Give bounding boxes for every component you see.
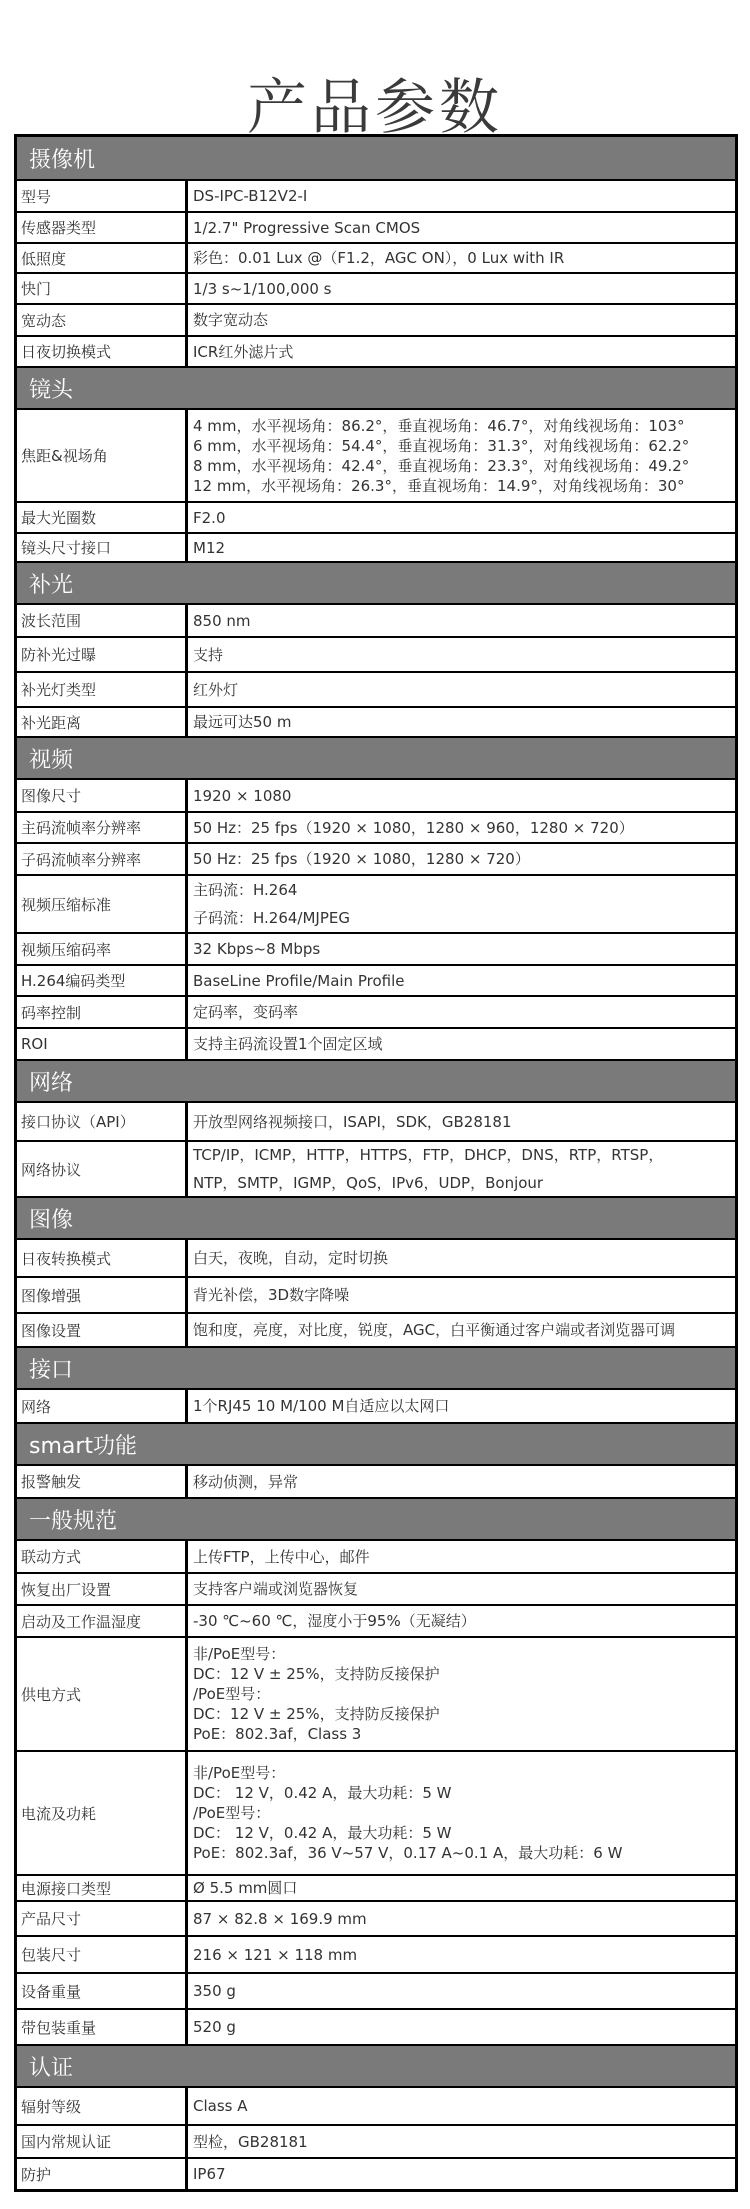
value-line: 红外灯	[193, 680, 735, 700]
table-row: 设备重量350 g	[17, 1972, 735, 2008]
table-row: 联动方式上传FTP，上传中心，邮件	[17, 1539, 735, 1572]
row-value: 饱和度，亮度，对比度，锐度，AGC，白平衡通过客户端或者浏览器可调	[188, 1314, 735, 1346]
value-line: 1个RJ45 10 M/100 M自适应以太网口	[193, 1396, 735, 1416]
row-value: 型检，GB28181	[188, 2126, 735, 2157]
value-line: 1920 × 1080	[193, 786, 735, 806]
value-line: 6 mm，水平视场角：54.4°，垂直视场角：31.3°，对角线视场角：62.2…	[193, 436, 735, 456]
row-value: TCP/IP，ICMP，HTTP，HTTPS，FTP，DHCP，DNS，RTP，…	[188, 1142, 735, 1196]
row-label: 最大光圈数	[17, 503, 188, 532]
table-row: 补光距离最远可达50 m	[17, 706, 735, 736]
table-row: H.264编码类型BaseLine Profile/Main Profile	[17, 964, 735, 995]
row-value: 1个RJ45 10 M/100 M自适应以太网口	[188, 1390, 735, 1422]
row-label: 视频压缩标准	[17, 876, 188, 932]
row-value: 非/PoE型号：DC： 12 V，0.42 A，最大功耗：5 W/PoE型号：D…	[188, 1752, 735, 1874]
table-row: 焦距&视场角4 mm，水平视场角：86.2°，垂直视场角：46.7°，对角线视场…	[17, 408, 735, 501]
table-row: 快门1/3 s~1/100,000 s	[17, 272, 735, 303]
table-row: 镜头尺寸接口M12	[17, 532, 735, 561]
row-value: 数字宽动态	[188, 305, 735, 335]
table-row: 图像尺寸1920 × 1080	[17, 778, 735, 811]
row-label: 宽动态	[17, 305, 188, 335]
row-value: 520 g	[188, 2010, 735, 2044]
row-label: 供电方式	[17, 1638, 188, 1750]
value-line: 背光补偿，3D数字降噪	[193, 1285, 735, 1305]
row-value: BaseLine Profile/Main Profile	[188, 966, 735, 995]
table-row: 图像设置饱和度，亮度，对比度，锐度，AGC，白平衡通过客户端或者浏览器可调	[17, 1312, 735, 1346]
row-label: 恢复出厂设置	[17, 1574, 188, 1604]
row-label: ROI	[17, 1029, 188, 1059]
table-row: 宽动态数字宽动态	[17, 303, 735, 335]
row-value: 主码流：H.264子码流：H.264/MJPEG	[188, 876, 735, 932]
spec-table: 摄像机型号DS-IPC-B12V2-I传感器类型1/2.7" Progressi…	[14, 134, 738, 2192]
value-line: 50 Hz：25 fps（1920 × 1080，1280 × 960，1280…	[193, 818, 735, 838]
row-value: 移动侦测，异常	[188, 1466, 735, 1497]
row-value: 850 nm	[188, 605, 735, 636]
value-line: 50 Hz：25 fps（1920 × 1080，1280 × 720）	[193, 849, 735, 869]
row-label: 图像设置	[17, 1314, 188, 1346]
section-header: 接口	[17, 1346, 735, 1388]
row-value: 定码率，变码率	[188, 997, 735, 1027]
row-value: 支持	[188, 638, 735, 671]
row-value: 支持客户端或浏览器恢复	[188, 1574, 735, 1604]
row-label: 产品尺寸	[17, 1902, 188, 1935]
table-row: 防补光过曝支持	[17, 636, 735, 671]
table-row: 启动及工作温湿度-30 ℃~60 ℃，湿度小于95%（无凝结）	[17, 1604, 735, 1636]
value-line: Class A	[193, 2096, 735, 2116]
value-line: /PoE型号：	[193, 1684, 735, 1704]
table-row: 最大光圈数F2.0	[17, 501, 735, 532]
value-line: 支持客户端或浏览器恢复	[193, 1579, 735, 1599]
value-line: 上传FTP，上传中心，邮件	[193, 1547, 735, 1567]
row-label: 补光距离	[17, 708, 188, 736]
value-line: 非/PoE型号：	[193, 1763, 735, 1783]
row-value: 216 × 121 × 118 mm	[188, 1937, 735, 1972]
row-label: H.264编码类型	[17, 966, 188, 995]
row-label: 码率控制	[17, 997, 188, 1027]
row-value: 最远可达50 m	[188, 708, 735, 736]
section-header: 补光	[17, 561, 735, 603]
row-value: 350 g	[188, 1974, 735, 2008]
row-value: 红外灯	[188, 673, 735, 706]
value-line: PoE：802.3af，Class 3	[193, 1724, 735, 1744]
row-value: 白天，夜晚，自动，定时切换	[188, 1240, 735, 1276]
row-label: 图像尺寸	[17, 780, 188, 811]
section-header: 网络	[17, 1059, 735, 1101]
row-value: Class A	[188, 2088, 735, 2124]
value-line: IP67	[193, 2164, 735, 2184]
table-row: 国内常规认证型检，GB28181	[17, 2124, 735, 2157]
value-line: 数字宽动态	[193, 310, 735, 330]
table-row: 视频压缩标准主码流：H.264子码流：H.264/MJPEG	[17, 874, 735, 932]
value-line: DS-IPC-B12V2-I	[193, 186, 735, 206]
table-row: 电流及功耗非/PoE型号：DC： 12 V，0.42 A，最大功耗：5 W/Po…	[17, 1750, 735, 1874]
row-label: 辐射等级	[17, 2088, 188, 2124]
row-label: 报警触发	[17, 1466, 188, 1497]
row-label: 包装尺寸	[17, 1937, 188, 1972]
value-line: 主码流：H.264	[193, 876, 735, 904]
row-label: 联动方式	[17, 1541, 188, 1572]
row-value: ICR红外滤片式	[188, 337, 735, 366]
value-line: BaseLine Profile/Main Profile	[193, 971, 735, 991]
table-row: 接口协议（API）开放型网络视频接口，ISAPI，SDK，GB28181	[17, 1101, 735, 1140]
table-row: 供电方式非/PoE型号：DC：12 V ± 25%，支持防反接保护/PoE型号：…	[17, 1636, 735, 1750]
table-row: 波长范围850 nm	[17, 603, 735, 636]
section-header: 认证	[17, 2044, 735, 2086]
value-line: 850 nm	[193, 611, 735, 631]
row-value: 50 Hz：25 fps（1920 × 1080，1280 × 960，1280…	[188, 813, 735, 842]
value-line: 216 × 121 × 118 mm	[193, 1945, 735, 1965]
row-value: F2.0	[188, 503, 735, 532]
table-row: 日夜切换模式ICR红外滤片式	[17, 335, 735, 366]
section-header: 视频	[17, 736, 735, 778]
value-line: 定码率，变码率	[193, 1002, 735, 1022]
value-line: 饱和度，亮度，对比度，锐度，AGC，白平衡通过客户端或者浏览器可调	[193, 1320, 735, 1340]
row-value: 1/2.7" Progressive Scan CMOS	[188, 213, 735, 242]
section-header: 图像	[17, 1196, 735, 1238]
table-row: 报警触发移动侦测，异常	[17, 1464, 735, 1497]
row-label: 防护	[17, 2159, 188, 2189]
row-label: 电源接口类型	[17, 1876, 188, 1900]
row-value: M12	[188, 534, 735, 561]
row-value: 彩色：0.01 Lux @（F1.2，AGC ON），0 Lux with IR	[188, 244, 735, 272]
row-value: Ø 5.5 mm圆口	[188, 1876, 735, 1900]
table-row: 电源接口类型Ø 5.5 mm圆口	[17, 1874, 735, 1900]
value-line: 白天，夜晚，自动，定时切换	[193, 1248, 735, 1268]
value-line: PoE：802.3af，36 V~57 V，0.17 A~0.1 A，最大功耗：…	[193, 1843, 735, 1863]
row-label: 防补光过曝	[17, 638, 188, 671]
table-row: 视频压缩码率32 Kbps~8 Mbps	[17, 932, 735, 964]
value-line: /PoE型号：	[193, 1803, 735, 1823]
row-label: 接口协议（API）	[17, 1103, 188, 1140]
row-label: 网络	[17, 1390, 188, 1422]
value-line: NTP，SMTP，IGMP，QoS，IPv6，UDP，Bonjour	[193, 1169, 735, 1196]
value-line: 32 Kbps~8 Mbps	[193, 939, 735, 959]
value-line: 开放型网络视频接口，ISAPI，SDK，GB28181	[193, 1112, 735, 1132]
row-label: 设备重量	[17, 1974, 188, 2008]
table-row: 带包装重量520 g	[17, 2008, 735, 2044]
table-row: 图像增强背光补偿，3D数字降噪	[17, 1276, 735, 1312]
table-row: 子码流帧率分辨率50 Hz：25 fps（1920 × 1080，1280 × …	[17, 842, 735, 874]
table-row: 包装尺寸216 × 121 × 118 mm	[17, 1935, 735, 1972]
row-label: 图像增强	[17, 1278, 188, 1312]
value-line: 8 mm，水平视场角：42.4°，垂直视场角：23.3°，对角线视场角：49.2…	[193, 456, 735, 476]
value-line: 520 g	[193, 2017, 735, 2037]
row-label: 快门	[17, 274, 188, 303]
value-line: 12 mm，水平视场角：26.3°，垂直视场角：14.9°，对角线视场角：30°	[193, 476, 735, 496]
row-value: 开放型网络视频接口，ISAPI，SDK，GB28181	[188, 1103, 735, 1140]
row-value: 背光补偿，3D数字降噪	[188, 1278, 735, 1312]
table-row: 防护IP67	[17, 2157, 735, 2189]
row-label: 日夜转换模式	[17, 1240, 188, 1276]
table-row: 日夜转换模式白天，夜晚，自动，定时切换	[17, 1238, 735, 1276]
value-line: 350 g	[193, 1981, 735, 2001]
table-row: 补光灯类型红外灯	[17, 671, 735, 706]
table-row: 网络1个RJ45 10 M/100 M自适应以太网口	[17, 1388, 735, 1422]
row-label: 波长范围	[17, 605, 188, 636]
value-line: 1/3 s~1/100,000 s	[193, 279, 735, 299]
value-line: F2.0	[193, 508, 735, 528]
row-value: 1/3 s~1/100,000 s	[188, 274, 735, 303]
value-line: DC：12 V ± 25%，支持防反接保护	[193, 1664, 735, 1684]
table-row: 低照度彩色：0.01 Lux @（F1.2，AGC ON），0 Lux with…	[17, 242, 735, 272]
row-value: 87 × 82.8 × 169.9 mm	[188, 1902, 735, 1935]
row-value: IP67	[188, 2159, 735, 2189]
row-label: 带包装重量	[17, 2010, 188, 2044]
table-row: 网络协议TCP/IP，ICMP，HTTP，HTTPS，FTP，DHCP，DNS，…	[17, 1140, 735, 1196]
row-label: 国内常规认证	[17, 2126, 188, 2157]
value-line: 彩色：0.01 Lux @（F1.2，AGC ON），0 Lux with IR	[193, 248, 735, 268]
table-row: 码率控制定码率，变码率	[17, 995, 735, 1027]
table-row: 传感器类型1/2.7" Progressive Scan CMOS	[17, 211, 735, 242]
row-label: 网络协议	[17, 1142, 188, 1196]
value-line: DC： 12 V，0.42 A，最大功耗：5 W	[193, 1823, 735, 1843]
value-line: 非/PoE型号：	[193, 1644, 735, 1664]
value-line: 支持主码流设置1个固定区域	[193, 1034, 735, 1054]
value-line: 支持	[193, 645, 735, 665]
value-line: 87 × 82.8 × 169.9 mm	[193, 1909, 735, 1929]
row-value: -30 ℃~60 ℃，湿度小于95%（无凝结）	[188, 1606, 735, 1636]
row-value: 4 mm，水平视场角：86.2°，垂直视场角：46.7°，对角线视场角：103°…	[188, 410, 735, 501]
row-value: 50 Hz：25 fps（1920 × 1080，1280 × 720）	[188, 844, 735, 874]
row-value: 非/PoE型号：DC：12 V ± 25%，支持防反接保护/PoE型号：DC：1…	[188, 1638, 735, 1750]
row-label: 视频压缩码率	[17, 934, 188, 964]
value-line: DC：12 V ± 25%，支持防反接保护	[193, 1704, 735, 1724]
section-header: 摄像机	[17, 137, 735, 179]
value-line: M12	[193, 538, 735, 558]
row-value: DS-IPC-B12V2-I	[188, 181, 735, 211]
row-label: 启动及工作温湿度	[17, 1606, 188, 1636]
row-label: 日夜切换模式	[17, 337, 188, 366]
row-label: 焦距&视场角	[17, 410, 188, 501]
row-label: 低照度	[17, 244, 188, 272]
table-row: 主码流帧率分辨率50 Hz：25 fps（1920 × 1080，1280 × …	[17, 811, 735, 842]
section-header: 镜头	[17, 366, 735, 408]
row-label: 镜头尺寸接口	[17, 534, 188, 561]
table-row: 恢复出厂设置支持客户端或浏览器恢复	[17, 1572, 735, 1604]
value-line: 最远可达50 m	[193, 712, 735, 732]
section-header: smart功能	[17, 1422, 735, 1464]
row-label: 电流及功耗	[17, 1752, 188, 1874]
value-line: 1/2.7" Progressive Scan CMOS	[193, 218, 735, 238]
row-value: 支持主码流设置1个固定区域	[188, 1029, 735, 1059]
table-row: 产品尺寸87 × 82.8 × 169.9 mm	[17, 1900, 735, 1935]
row-label: 主码流帧率分辨率	[17, 813, 188, 842]
row-label: 传感器类型	[17, 213, 188, 242]
value-line: ICR红外滤片式	[193, 342, 735, 362]
table-row: 辐射等级Class A	[17, 2086, 735, 2124]
value-line: 型检，GB28181	[193, 2132, 735, 2152]
value-line: 移动侦测，异常	[193, 1472, 735, 1492]
value-line: 子码流：H.264/MJPEG	[193, 904, 735, 932]
row-label: 型号	[17, 181, 188, 211]
table-row: ROI支持主码流设置1个固定区域	[17, 1027, 735, 1059]
section-header: 一般规范	[17, 1497, 735, 1539]
value-line: -30 ℃~60 ℃，湿度小于95%（无凝结）	[193, 1611, 735, 1631]
value-line: Ø 5.5 mm圆口	[193, 1878, 735, 1898]
row-label: 补光灯类型	[17, 673, 188, 706]
row-value: 上传FTP，上传中心，邮件	[188, 1541, 735, 1572]
row-value: 1920 × 1080	[188, 780, 735, 811]
value-line: TCP/IP，ICMP，HTTP，HTTPS，FTP，DHCP，DNS，RTP，…	[193, 1142, 735, 1169]
table-row: 型号DS-IPC-B12V2-I	[17, 179, 735, 211]
row-label: 子码流帧率分辨率	[17, 844, 188, 874]
row-value: 32 Kbps~8 Mbps	[188, 934, 735, 964]
value-line: 4 mm，水平视场角：86.2°，垂直视场角：46.7°，对角线视场角：103°	[193, 416, 735, 436]
value-line: DC： 12 V，0.42 A，最大功耗：5 W	[193, 1783, 735, 1803]
